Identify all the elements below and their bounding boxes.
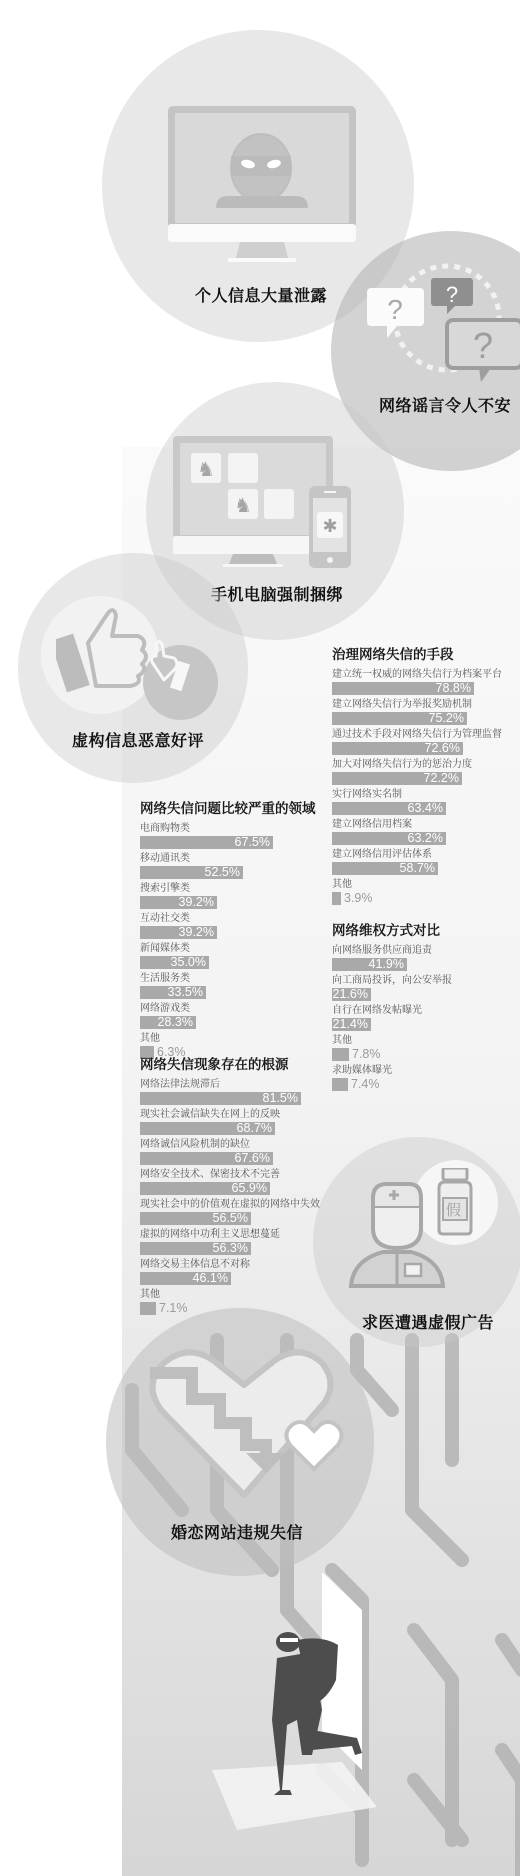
bar-row: 网络诚信风险机制的缺位67.6% bbox=[140, 1138, 330, 1165]
svg-text:?: ? bbox=[387, 294, 403, 325]
bar-row: 建立网络信用档案63.2% bbox=[332, 818, 520, 845]
chart-problem-domains: 网络失信问题比较严重的领域 电商购物类67.5%移动通讯类52.5%搜索引擎类3… bbox=[140, 797, 320, 1062]
bar-value: 35.0% bbox=[171, 955, 206, 970]
bar-value: 58.7% bbox=[400, 861, 435, 876]
bar-line: 7.8% bbox=[332, 1047, 520, 1061]
bar-value: 72.2% bbox=[424, 771, 459, 786]
bar: 21.4% bbox=[332, 1018, 371, 1031]
label-forced-bundling: 手机电脑强制捆绑 bbox=[211, 582, 343, 605]
bar-line: 35.0% bbox=[140, 955, 320, 969]
bar-label: 其他 bbox=[140, 1032, 320, 1045]
bar-row: 电商购物类67.5% bbox=[140, 822, 320, 849]
bar-label: 虚拟的网络中功利主义思想蔓延 bbox=[140, 1228, 330, 1241]
bar: 81.5% bbox=[140, 1092, 301, 1105]
bar-row: 新闻媒体类35.0% bbox=[140, 942, 320, 969]
bar-list: 向网络服务供应商追责41.9%向工商局投诉，向公安举报21.6%自行在网络发帖曝… bbox=[332, 944, 520, 1091]
bar-row: 移动通讯类52.5% bbox=[140, 852, 320, 879]
doctor-fake-medicine-icon bbox=[343, 1168, 493, 1294]
bar-line: 39.2% bbox=[140, 925, 320, 939]
bar-row: 现实社会诚信缺失在网上的反映68.7% bbox=[140, 1108, 330, 1135]
bar-line: 56.5% bbox=[140, 1211, 330, 1225]
bar-value: 41.9% bbox=[369, 957, 404, 972]
bar: 67.6% bbox=[140, 1152, 273, 1165]
chart-title: 网络维权方式对比 bbox=[332, 919, 520, 939]
bar-label: 加大对网络失信行为的惩治力度 bbox=[332, 758, 520, 771]
bar-label: 互动社交类 bbox=[140, 912, 320, 925]
bar-value: 7.4% bbox=[351, 1077, 380, 1092]
bar-label: 向网络服务供应商追责 bbox=[332, 944, 520, 957]
bar-value: 56.3% bbox=[213, 1241, 248, 1256]
bar-line: 63.2% bbox=[332, 831, 520, 845]
trojan-devices-icon: ♞ ♞ ✱ bbox=[173, 436, 351, 574]
bar-line: 67.5% bbox=[140, 835, 320, 849]
bar-row: 自行在网络发帖曝光21.4% bbox=[332, 1004, 520, 1031]
bar-line: 68.7% bbox=[140, 1121, 330, 1135]
bar-list: 建立统一权威的网络失信行为档案平台78.8%建立网络失信行为举报奖励机制75.2… bbox=[332, 668, 520, 905]
bar-value: 28.3% bbox=[158, 1015, 193, 1030]
bar: 65.9% bbox=[140, 1182, 270, 1195]
bar bbox=[332, 1048, 349, 1061]
bar: 63.2% bbox=[332, 832, 446, 845]
bar: 39.2% bbox=[140, 896, 217, 909]
bar-label: 其他 bbox=[332, 1034, 520, 1047]
chart-rights-protection: 网络维权方式对比 向网络服务供应商追责41.9%向工商局投诉，向公安举报21.6… bbox=[332, 919, 520, 1094]
bar-value: 39.2% bbox=[179, 925, 214, 940]
bar-value: 72.6% bbox=[425, 741, 460, 756]
bar: 33.5% bbox=[140, 986, 206, 999]
bar-line: 3.9% bbox=[332, 891, 520, 905]
bar bbox=[332, 1078, 348, 1091]
chart-title: 网络失信问题比较严重的领域 bbox=[140, 797, 320, 817]
bar-row: 通过技术手段对网络失信行为管理监督72.6% bbox=[332, 728, 520, 755]
bar: 35.0% bbox=[140, 956, 209, 969]
bar-line: 65.9% bbox=[140, 1181, 330, 1195]
bar-label: 其他 bbox=[140, 1288, 330, 1301]
svg-text:✱: ✱ bbox=[322, 516, 337, 537]
bar bbox=[140, 1302, 156, 1315]
bar-line: 63.4% bbox=[332, 801, 520, 815]
bar-line: 81.5% bbox=[140, 1091, 330, 1105]
label-fake-medical-ads: 求医遭遇虚假广告 bbox=[362, 1310, 494, 1333]
bar-label: 建立网络信用评估体系 bbox=[332, 848, 520, 861]
bar-row: 建立网络失信行为举报奖励机制75.2% bbox=[332, 698, 520, 725]
bar-row: 向工商局投诉，向公安举报21.6% bbox=[332, 974, 520, 1001]
bar: 78.8% bbox=[332, 682, 474, 695]
bar: 46.1% bbox=[140, 1272, 231, 1285]
bar-label: 通过技术手段对网络失信行为管理监督 bbox=[332, 728, 520, 741]
bar-line: 41.9% bbox=[332, 957, 520, 971]
bar-label: 生活服务类 bbox=[140, 972, 320, 985]
bar-value: 78.8% bbox=[436, 681, 471, 696]
bar bbox=[332, 892, 341, 905]
bar-line: 75.2% bbox=[332, 711, 520, 725]
bar: 21.6% bbox=[332, 988, 371, 1001]
bar-value: 63.4% bbox=[408, 801, 443, 816]
bar-line: 58.7% bbox=[332, 861, 520, 875]
bar-row: 互动社交类39.2% bbox=[140, 912, 320, 939]
bar: 72.6% bbox=[332, 742, 463, 755]
bar-row: 向网络服务供应商追责41.9% bbox=[332, 944, 520, 971]
bar-label: 现实社会诚信缺失在网上的反映 bbox=[140, 1108, 330, 1121]
chart-governance-measures: 治理网络失信的手段 建立统一权威的网络失信行为档案平台78.8%建立网络失信行为… bbox=[332, 643, 520, 908]
bar-label: 网络交易主体信息不对称 bbox=[140, 1258, 330, 1271]
bar-line: 33.5% bbox=[140, 985, 320, 999]
bar: 52.5% bbox=[140, 866, 243, 879]
bar-row: 网络安全技术、保密技术不完善65.9% bbox=[140, 1168, 330, 1195]
bar-label: 建立网络失信行为举报奖励机制 bbox=[332, 698, 520, 711]
bar-line: 39.2% bbox=[140, 895, 320, 909]
bar-row: 建立统一权威的网络失信行为档案平台78.8% bbox=[332, 668, 520, 695]
bar: 28.3% bbox=[140, 1016, 196, 1029]
bar-value: 56.5% bbox=[213, 1211, 248, 1226]
label-personal-info-leak: 个人信息大量泄露 bbox=[195, 283, 327, 306]
label-dating-site-fraud: 婚恋网站违规失信 bbox=[171, 1520, 303, 1543]
label-online-rumors: 网络谣言令人不安 bbox=[379, 393, 511, 416]
bar-label: 搜索引擎类 bbox=[140, 882, 320, 895]
bar: 58.7% bbox=[332, 862, 438, 875]
bar: 72.2% bbox=[332, 772, 462, 785]
bar-value: 21.6% bbox=[333, 987, 368, 1002]
bar-value: 75.2% bbox=[429, 711, 464, 726]
bar-line: 46.1% bbox=[140, 1271, 330, 1285]
bar: 63.4% bbox=[332, 802, 446, 815]
bar-label: 建立网络信用档案 bbox=[332, 818, 520, 831]
bar-row: 网络法律法规滞后81.5% bbox=[140, 1078, 330, 1105]
svg-text:♞: ♞ bbox=[197, 457, 215, 481]
bar-row: 现实社会中的价值观在虚拟的网络中失效56.5% bbox=[140, 1198, 330, 1225]
thumbs-up-icon bbox=[56, 598, 206, 708]
bar-line: 56.3% bbox=[140, 1241, 330, 1255]
svg-text:♞: ♞ bbox=[234, 493, 252, 517]
bar-row: 其他7.8% bbox=[332, 1034, 520, 1061]
bar: 39.2% bbox=[140, 926, 217, 939]
bar-value: 67.5% bbox=[235, 835, 270, 850]
bar-row: 建立网络信用评估体系58.7% bbox=[332, 848, 520, 875]
hacker-monitor-icon bbox=[168, 106, 356, 264]
chart-title: 网络失信现象存在的根源 bbox=[140, 1053, 330, 1073]
bar-label: 网络安全技术、保密技术不完善 bbox=[140, 1168, 330, 1181]
bar-line: 72.2% bbox=[332, 771, 520, 785]
bar-line: 72.6% bbox=[332, 741, 520, 755]
bar-label: 实行网络实名制 bbox=[332, 788, 520, 801]
bar-row: 生活服务类33.5% bbox=[140, 972, 320, 999]
bar-value: 46.1% bbox=[193, 1271, 228, 1286]
bar-row: 网络游戏类28.3% bbox=[140, 1002, 320, 1029]
bar-label: 网络诚信风险机制的缺位 bbox=[140, 1138, 330, 1151]
bar-value: 63.2% bbox=[408, 831, 443, 846]
bar-label: 现实社会中的价值观在虚拟的网络中失效 bbox=[140, 1198, 330, 1211]
bar-list: 网络法律法规滞后81.5%现实社会诚信缺失在网上的反映68.7%网络诚信风险机制… bbox=[140, 1078, 330, 1315]
chart-root-causes: 网络失信现象存在的根源 网络法律法规滞后81.5%现实社会诚信缺失在网上的反映6… bbox=[140, 1053, 330, 1318]
bar-value: 52.5% bbox=[205, 865, 240, 880]
bar-value: 81.5% bbox=[263, 1091, 298, 1106]
bar-label: 向工商局投诉，向公安举报 bbox=[332, 974, 520, 987]
bar-label: 建立统一权威的网络失信行为档案平台 bbox=[332, 668, 520, 681]
label-fake-reviews: 虚构信息恶意好评 bbox=[72, 728, 204, 751]
bar-value: 33.5% bbox=[168, 985, 203, 1000]
bar-list: 电商购物类67.5%移动通讯类52.5%搜索引擎类39.2%互动社交类39.2%… bbox=[140, 822, 320, 1059]
bar-line: 21.4% bbox=[332, 1017, 520, 1031]
bar: 56.5% bbox=[140, 1212, 251, 1225]
bar-label: 新闻媒体类 bbox=[140, 942, 320, 955]
bar: 67.5% bbox=[140, 836, 273, 849]
bar-row: 网络交易主体信息不对称46.1% bbox=[140, 1258, 330, 1285]
bar-value: 65.9% bbox=[232, 1181, 267, 1196]
bar-row: 加大对网络失信行为的惩治力度72.2% bbox=[332, 758, 520, 785]
bar-label: 网络游戏类 bbox=[140, 1002, 320, 1015]
bar-value: 39.2% bbox=[179, 895, 214, 910]
bar-row: 搜索引擎类39.2% bbox=[140, 882, 320, 909]
bar-row: 其他3.9% bbox=[332, 878, 520, 905]
bar: 41.9% bbox=[332, 958, 407, 971]
bar-line: 52.5% bbox=[140, 865, 320, 879]
bar-value: 7.1% bbox=[159, 1301, 188, 1316]
bar-label: 电商购物类 bbox=[140, 822, 320, 835]
svg-text:?: ? bbox=[473, 325, 493, 366]
fake-label-text: 假 bbox=[446, 1199, 461, 1220]
bar: 56.3% bbox=[140, 1242, 251, 1255]
bar-line: 28.3% bbox=[140, 1015, 320, 1029]
bar-label: 求助媒体曝光 bbox=[332, 1064, 520, 1077]
bar-value: 67.6% bbox=[235, 1151, 270, 1166]
bar-label: 移动通讯类 bbox=[140, 852, 320, 865]
bar-value: 68.7% bbox=[237, 1121, 272, 1136]
bar-label: 其他 bbox=[332, 878, 520, 891]
bar-value: 7.8% bbox=[352, 1047, 381, 1062]
bar-line: 21.6% bbox=[332, 987, 520, 1001]
bar-line: 78.8% bbox=[332, 681, 520, 695]
bar-row: 求助媒体曝光7.4% bbox=[332, 1064, 520, 1091]
bar-row: 实行网络实名制63.4% bbox=[332, 788, 520, 815]
svg-text:?: ? bbox=[446, 282, 458, 307]
bar-line: 67.6% bbox=[140, 1151, 330, 1165]
bar-label: 自行在网络发帖曝光 bbox=[332, 1004, 520, 1017]
bar-label: 网络法律法规滞后 bbox=[140, 1078, 330, 1091]
broken-heart-icon bbox=[148, 1345, 348, 1505]
bar-row: 虚拟的网络中功利主义思想蔓延56.3% bbox=[140, 1228, 330, 1255]
bar-line: 7.4% bbox=[332, 1077, 520, 1091]
bar: 75.2% bbox=[332, 712, 467, 725]
bar-value: 3.9% bbox=[344, 891, 373, 906]
bar: 68.7% bbox=[140, 1122, 275, 1135]
question-bubbles-icon: ? ? ? bbox=[365, 258, 520, 388]
chart-title: 治理网络失信的手段 bbox=[332, 643, 520, 663]
bar-value: 21.4% bbox=[333, 1017, 368, 1032]
